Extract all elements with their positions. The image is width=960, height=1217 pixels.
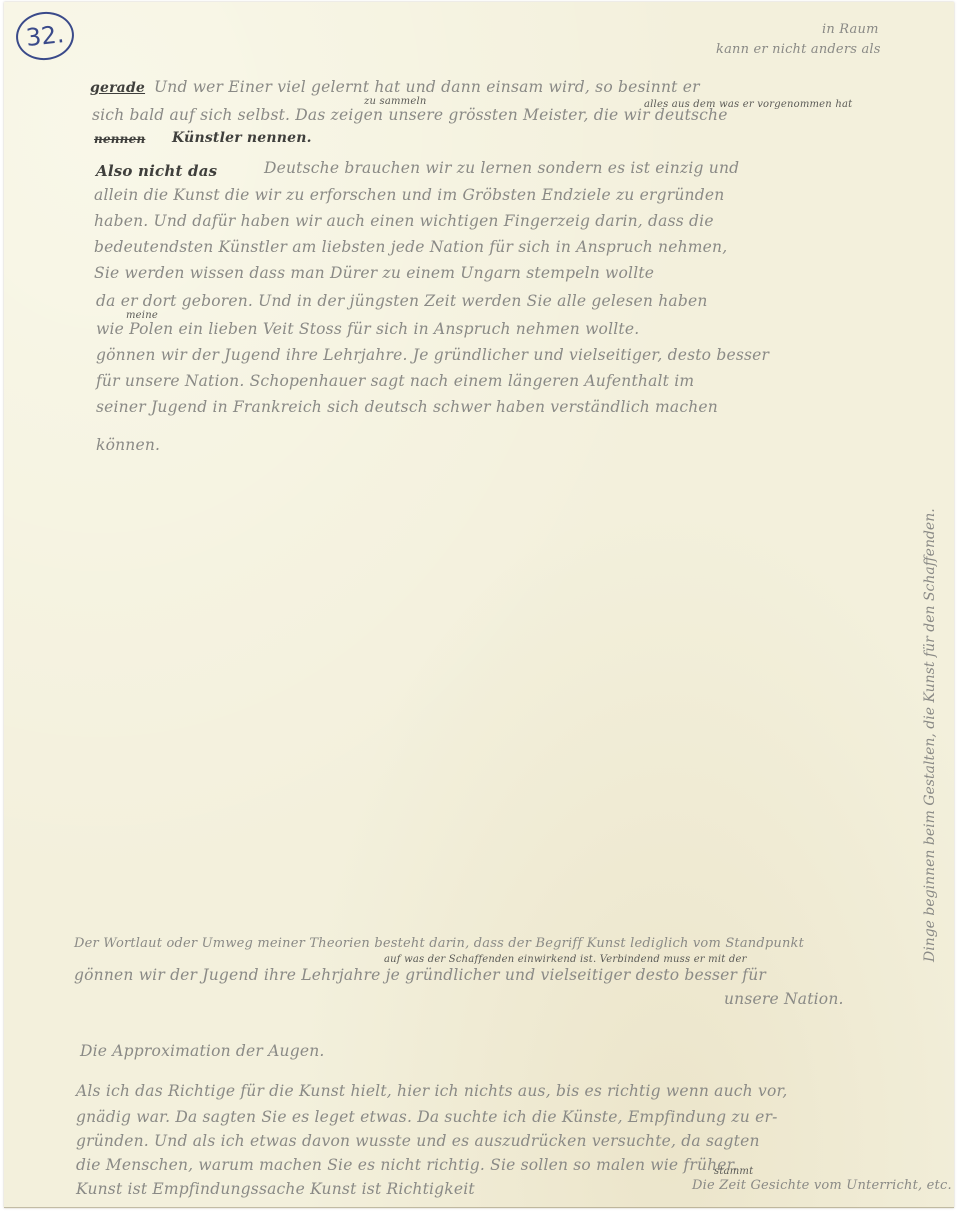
margin-note-top-line1: in Raum [822,22,879,37]
paragraph3-line1: Der Wortlaut oder Umweg meiner Theorien … [74,936,804,951]
signature-line: Die Zeit Gesichte vom Unterricht, etc. [692,1178,952,1193]
paragraph3-line2: gönnen wir der Jugend ihre Lehrjahre je … [74,966,766,984]
paragraph2-line2: allein die Kunst die wir zu erforschen u… [94,186,724,204]
paragraph4-line3: gründen. Und als ich etwas davon wusste … [76,1132,760,1150]
paragraph1-line3: Künstler nennen. [172,130,312,146]
paragraph2-line6: da er dort geboren. Und in der jüngsten … [96,292,708,310]
page-number-circle: 32. [14,9,77,63]
signature-insert: stammt [714,1166,753,1177]
paragraph4-line5: Kunst ist Empfindungssache Kunst ist Ric… [76,1180,475,1198]
paragraph4-line2: gnädig war. Da sagten Sie es leget etwas… [76,1108,778,1126]
paragraph3-insert: auf was der Schaffenden einwirkend ist. … [384,954,747,965]
paragraph2-line8: gönnen wir der Jugend ihre Lehrjahre. Je… [96,346,769,364]
manuscript-sheet: 32. in Raum kann er nicht anders als ger… [4,2,954,1208]
paragraph2-line4: bedeutendsten Künstler am liebsten jede … [94,238,727,256]
paragraph4-title: Die Approximation der Augen. [80,1042,325,1060]
struck-word-nennen: nennen [94,132,145,146]
paragraph2-lead: Also nicht das [96,162,217,180]
paragraph2-line1: Deutsche brauchen wir zu lernen sondern … [264,159,739,177]
page-bottom-edge [4,1207,954,1208]
paragraph2-line7: wie Polen ein lieben Veit Stoss für sich… [96,320,639,338]
margin-note-top-line2: kann er nicht anders als [716,42,881,57]
paragraph1-line1: Und wer Einer viel gelernt hat und dann … [154,78,700,96]
paragraph4-line4: die Menschen, warum machen Sie es nicht … [76,1156,738,1174]
paragraph2-line5: Sie werden wissen dass man Dürer zu eine… [94,264,654,282]
paragraph2-line9: für unsere Nation. Schopenhauer sagt nac… [96,372,694,390]
paragraph2-line3: haben. Und dafür haben wir auch einen wi… [94,212,714,230]
paragraph2-line10: seiner Jugend in Frankreich sich deutsch… [96,398,718,416]
paragraph3-line3: unsere Nation. [724,990,844,1008]
paragraph1-line2: sich bald auf sich selbst. Das zeigen un… [92,106,728,124]
struck-word-gerade: gerade [90,80,145,96]
vertical-margin-note: Dinge beginnen beim Gestalten, die Kunst… [922,508,938,962]
paragraph4-line1: Als ich das Richtige für die Kunst hielt… [76,1082,788,1100]
paragraph2-line11: können. [96,436,160,454]
